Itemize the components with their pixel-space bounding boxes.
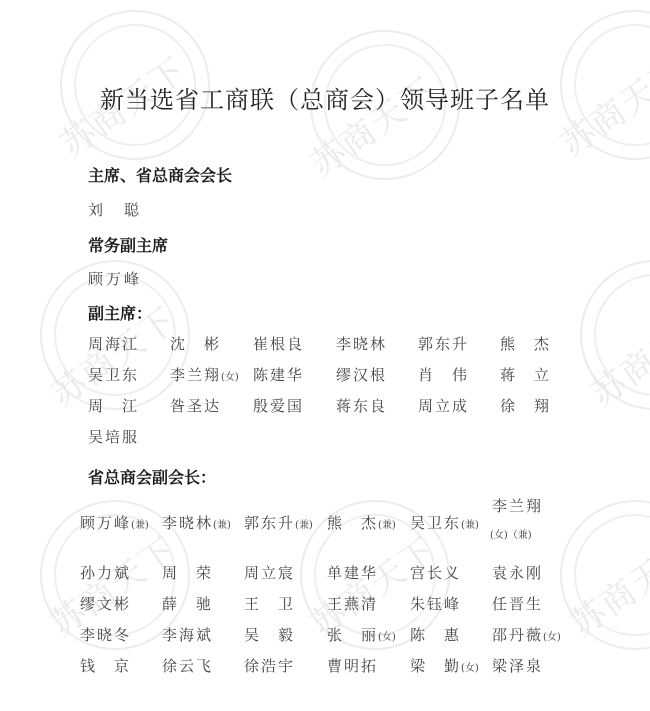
name-note: (兼) (378, 520, 396, 531)
name-entry: 李晓林 (336, 333, 387, 354)
name-entry: 昝圣达 (170, 395, 221, 416)
name-entry: 朱钰峰 (410, 593, 461, 614)
name-entry: 崔根良 (253, 333, 304, 354)
name-note: (兼) (131, 520, 149, 531)
name-entry: 郭东升 (418, 333, 469, 354)
name-entry: 吴卫东(兼) (410, 512, 479, 533)
exec-vice-chairman-name: 顾万峰 (88, 268, 142, 289)
name-entry: 李兰翔(女)（兼) (492, 495, 543, 541)
name-entry: 徐 翔 (500, 395, 551, 416)
name-note: (女) (378, 632, 396, 643)
name-entry: 吴 毅 (244, 624, 295, 645)
name-entry: 蒋 立 (500, 364, 551, 385)
name-entry: 袁永刚 (492, 562, 543, 583)
name-note: (女)（兼) (490, 526, 543, 541)
name-entry: 曹明拓 (327, 655, 378, 676)
name-entry: 周 江 (88, 395, 139, 416)
name-note: (女) (543, 632, 561, 643)
heading-chairman: 主席、省总商会会长 (88, 163, 232, 186)
heading-vice-chairmen: 副主席： (88, 301, 152, 324)
name-entry: 周立宸 (244, 562, 295, 583)
name-entry: 郭东升(兼) (244, 512, 313, 533)
name-entry: 吴培服 (88, 426, 139, 447)
name-entry: 吴卫东 (88, 364, 139, 385)
name-entry: 王燕清 (327, 593, 378, 614)
name-entry: 陈建华 (253, 364, 304, 385)
name-entry: 徐云飞 (162, 655, 213, 676)
name-entry: 邵丹薇(女) (492, 624, 561, 645)
name-note: (女) (221, 372, 239, 383)
name-entry: 蒋东良 (336, 395, 387, 416)
document-title: 新当选省工商联（总商会）领导班子名单 (0, 80, 650, 115)
name-entry: 周海江 (88, 333, 139, 354)
name-entry: 单建华 (327, 562, 378, 583)
name-entry: 钱 京 (80, 655, 131, 676)
name-entry: 沈 彬 (170, 333, 221, 354)
name-entry: 徐浩宇 (244, 655, 295, 676)
name-entry: 梁泽泉 (492, 655, 543, 676)
name-entry: 陈 惠 (410, 624, 461, 645)
name-entry: 周 荣 (162, 562, 213, 583)
name-entry: 顾万峰(兼) (80, 512, 149, 533)
name-entry: 梁 勤(女) (410, 655, 479, 676)
name-entry: 李兰翔(女) (170, 364, 239, 385)
name-entry: 张 丽(女) (327, 624, 396, 645)
name-entry: 缪汉根 (336, 364, 387, 385)
name-note: (兼) (461, 520, 479, 531)
name-entry: 任晋生 (492, 593, 543, 614)
name-entry: 孙力斌 (80, 562, 131, 583)
name-entry: 王 卫 (244, 593, 295, 614)
name-entry: 殷爱国 (253, 395, 304, 416)
name-note: (兼) (295, 520, 313, 531)
name-entry: 李晓林(兼) (162, 512, 231, 533)
name-entry: 肖 伟 (418, 364, 469, 385)
name-entry: 熊 杰 (500, 333, 551, 354)
name-entry: 李晓冬 (80, 624, 131, 645)
name-entry: 周立成 (418, 395, 469, 416)
name-entry: 缪文彬 (80, 593, 131, 614)
name-note: (女) (461, 663, 479, 674)
name-entry: 薛 驰 (162, 593, 213, 614)
heading-exec-vice-chairman: 常务副主席 (88, 233, 168, 256)
heading-vice-presidents: 省总商会副会长： (88, 465, 216, 488)
name-entry: 熊 杰(兼) (327, 512, 396, 533)
name-note: (兼) (213, 520, 231, 531)
name-entry: 宫长义 (410, 562, 461, 583)
chairman-name: 刘 聪 (88, 199, 142, 220)
name-entry: 李海斌 (162, 624, 213, 645)
